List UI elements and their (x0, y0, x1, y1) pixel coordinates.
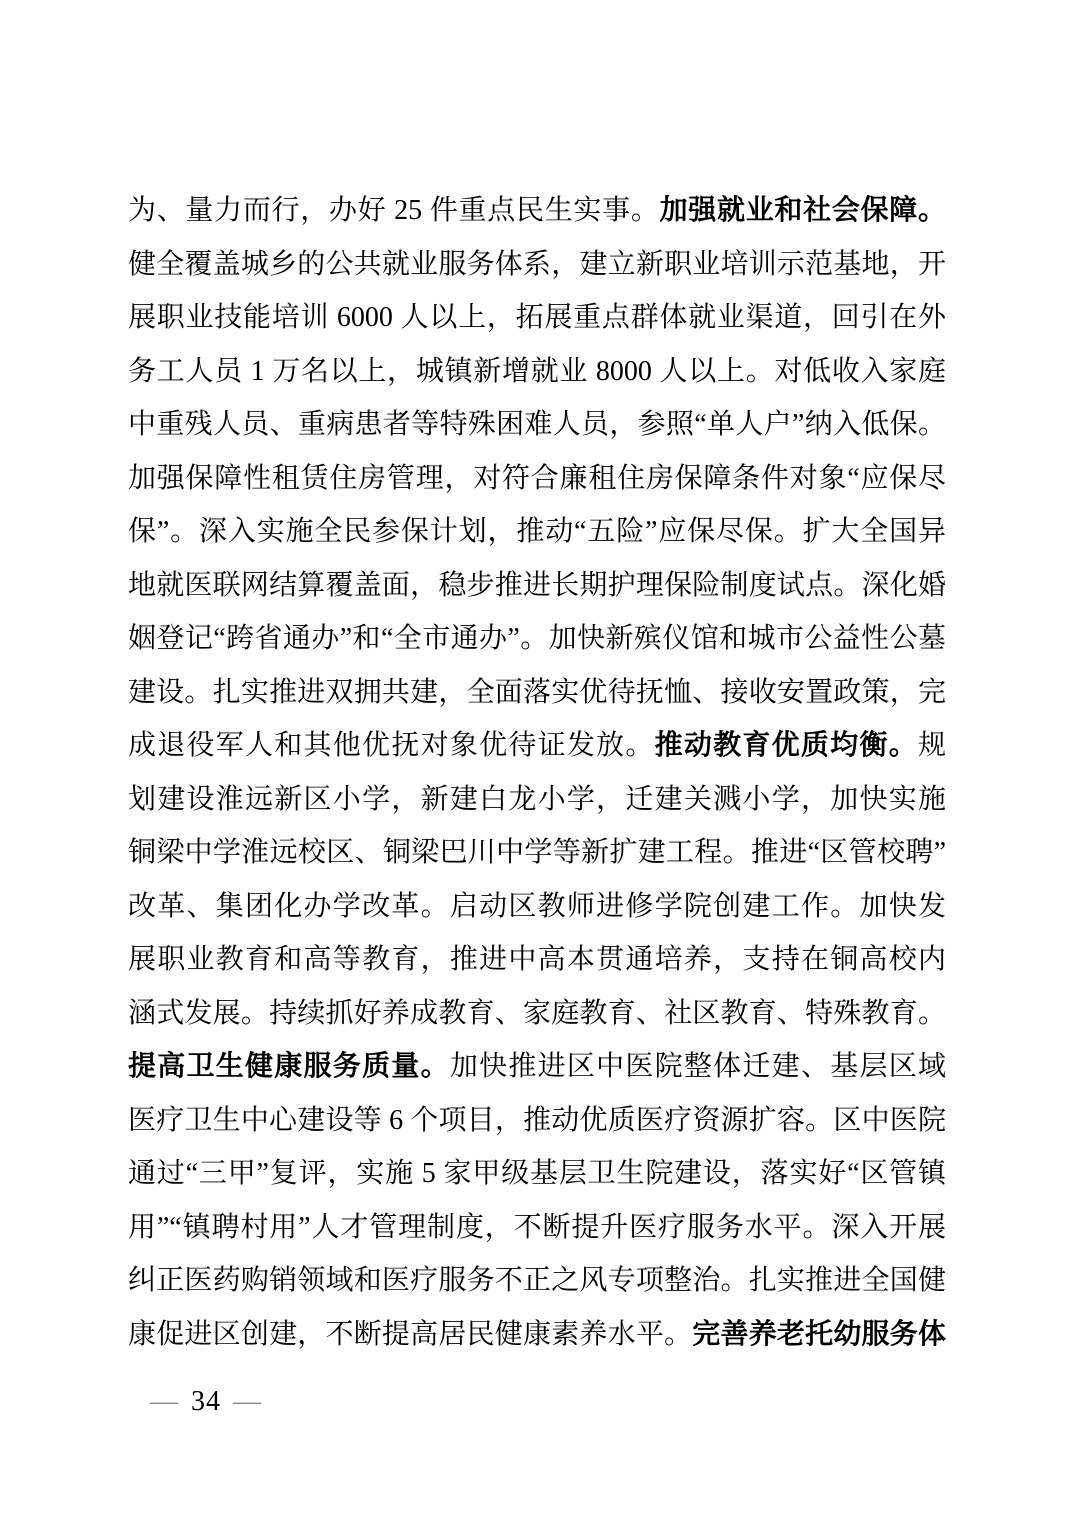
text-line: 加强保障性租赁住房管理，对符合廉租住房保障条件对象“应保尽 (128, 452, 946, 506)
emphasis-text: 推动教育优质均衡。 (655, 730, 918, 761)
body-text: 地就医联网结算覆盖面，稳步推进长期护理保险制度试点。深化婚 (128, 570, 946, 601)
emphasis-text: 加强就业和社会保障。 (660, 195, 946, 226)
body-text: 铜梁中学淮远校区、铜梁巴川中学等新扩建工程。推进“区管校聘” (128, 837, 946, 868)
text-line: 为、量力而行，办好 25 件重点民生实事。加强就业和社会保障。 (128, 184, 946, 238)
body-text: 保”。深入实施全民参保计划，推动“五险”应保尽保。扩大全国异 (128, 516, 946, 547)
text-line: 提高卫生健康服务质量。加快推进区中医院整体迁建、基层区域 (128, 1040, 946, 1094)
text-line: 建设。扎实推进双拥共建，全面落实优待抚恤、接收安置政策，完 (128, 666, 946, 720)
text-line: 改革、集团化办学改革。启动区教师进修学院创建工作。加快发 (128, 880, 946, 934)
text-line: 姻登记“跨省通办”和“全市通办”。加快新殡仪馆和城市公益性公墓 (128, 612, 946, 666)
text-line: 通过“三甲”复评，实施 5 家甲级基层卫生院建设，落实好“区管镇 (128, 1147, 946, 1201)
page-footer: —34— (150, 1382, 262, 1422)
emphasis-text: 完善养老托幼服务体 (692, 1319, 946, 1350)
text-line: 展职业教育和高等教育，推进中高本贯通培养，支持在铜高校内 (128, 933, 946, 987)
text-line: 健全覆盖城乡的公共就业服务体系，建立新职业培训示范基地，开 (128, 238, 946, 292)
text-line: 保”。深入实施全民参保计划，推动“五险”应保尽保。扩大全国异 (128, 505, 946, 559)
text-line: 中重残人员、重病患者等特殊困难人员，参照“单人户”纳入低保。 (128, 398, 946, 452)
text-line: 涵式发展。持续抓好养成教育、家庭教育、社区教育、特殊教育。 (128, 987, 946, 1041)
body-text: 中重残人员、重病患者等特殊困难人员，参照“单人户”纳入低保。 (128, 409, 946, 440)
text-line: 用”“镇聘村用”人才管理制度，不断提升医疗服务水平。深入开展 (128, 1201, 946, 1255)
body-text: 展职业技能培训 6000 人以上，拓展重点群体就业渠道，回引在外 (128, 302, 946, 333)
text-line: 地就医联网结算覆盖面，稳步推进长期护理保险制度试点。深化婚 (128, 559, 946, 613)
text-line: 医疗卫生中心建设等 6 个项目，推动优质医疗资源扩容。区中医院 (128, 1094, 946, 1148)
body-text: 通过“三甲”复评，实施 5 家甲级基层卫生院建设，落实好“区管镇 (128, 1158, 946, 1189)
footer-left-dash: — (150, 1386, 179, 1417)
text-line: 划建设淮远新区小学，新建白龙小学，迁建关溅小学，加快实施 (128, 773, 946, 827)
text-line: 成退役军人和其他优抚对象优待证发放。推动教育优质均衡。规 (128, 719, 946, 773)
body-text: 医疗卫生中心建设等 6 个项目，推动优质医疗资源扩容。区中医院 (128, 1105, 946, 1136)
body-text: 划建设淮远新区小学，新建白龙小学，迁建关溅小学，加快实施 (128, 784, 946, 815)
body-text: 加强保障性租赁住房管理，对符合廉租住房保障条件对象“应保尽 (128, 463, 946, 494)
body-text: 为、量力而行，办好 25 件重点民生实事。 (128, 195, 660, 226)
document-page: 为、量力而行，办好 25 件重点民生实事。加强就业和社会保障。健全覆盖城乡的公共… (0, 0, 1074, 1520)
text-line: 铜梁中学淮远校区、铜梁巴川中学等新扩建工程。推进“区管校聘” (128, 826, 946, 880)
body-text: 康促进区创建，不断提高居民健康素养水平。 (128, 1319, 692, 1350)
body-text: 用”“镇聘村用”人才管理制度，不断提升医疗服务水平。深入开展 (128, 1212, 946, 1243)
body-text: 姻登记“跨省通办”和“全市通办”。加快新殡仪馆和城市公益性公墓 (128, 623, 946, 654)
body-text: 纠正医药购销领域和医疗服务不正之风专项整治。扎实推进全国健 (128, 1265, 946, 1296)
body-text: 务工人员 1 万名以上，城镇新增就业 8000 人以上。对低收入家庭 (128, 356, 946, 387)
text-line: 纠正医药购销领域和医疗服务不正之风专项整治。扎实推进全国健 (128, 1254, 946, 1308)
body-text: 规 (918, 730, 946, 761)
body-text: 涵式发展。持续抓好养成教育、家庭教育、社区教育、特殊教育。 (128, 998, 946, 1029)
emphasis-text: 提高卫生健康服务质量。 (128, 1051, 450, 1082)
body-text: 加快推进区中医院整体迁建、基层区域 (450, 1051, 946, 1082)
text-line: 务工人员 1 万名以上，城镇新增就业 8000 人以上。对低收入家庭 (128, 345, 946, 399)
body-text: 展职业教育和高等教育，推进中高本贯通培养，支持在铜高校内 (128, 944, 946, 975)
page-number: 34 (179, 1386, 233, 1417)
body-text: 健全覆盖城乡的公共就业服务体系，建立新职业培训示范基地，开 (128, 249, 946, 280)
body-text: 建设。扎实推进双拥共建，全面落实优待抚恤、接收安置政策，完 (128, 677, 946, 708)
body-text: 成退役军人和其他优抚对象优待证发放。 (128, 730, 655, 761)
paragraph-lines: 为、量力而行，办好 25 件重点民生实事。加强就业和社会保障。健全覆盖城乡的公共… (128, 184, 946, 1361)
text-line: 展职业技能培训 6000 人以上，拓展重点群体就业渠道，回引在外 (128, 291, 946, 345)
text-line: 康促进区创建，不断提高居民健康素养水平。完善养老托幼服务体 (128, 1308, 946, 1362)
footer-right-dash: — (233, 1386, 262, 1417)
body-text: 改革、集团化办学改革。启动区教师进修学院创建工作。加快发 (128, 891, 946, 922)
